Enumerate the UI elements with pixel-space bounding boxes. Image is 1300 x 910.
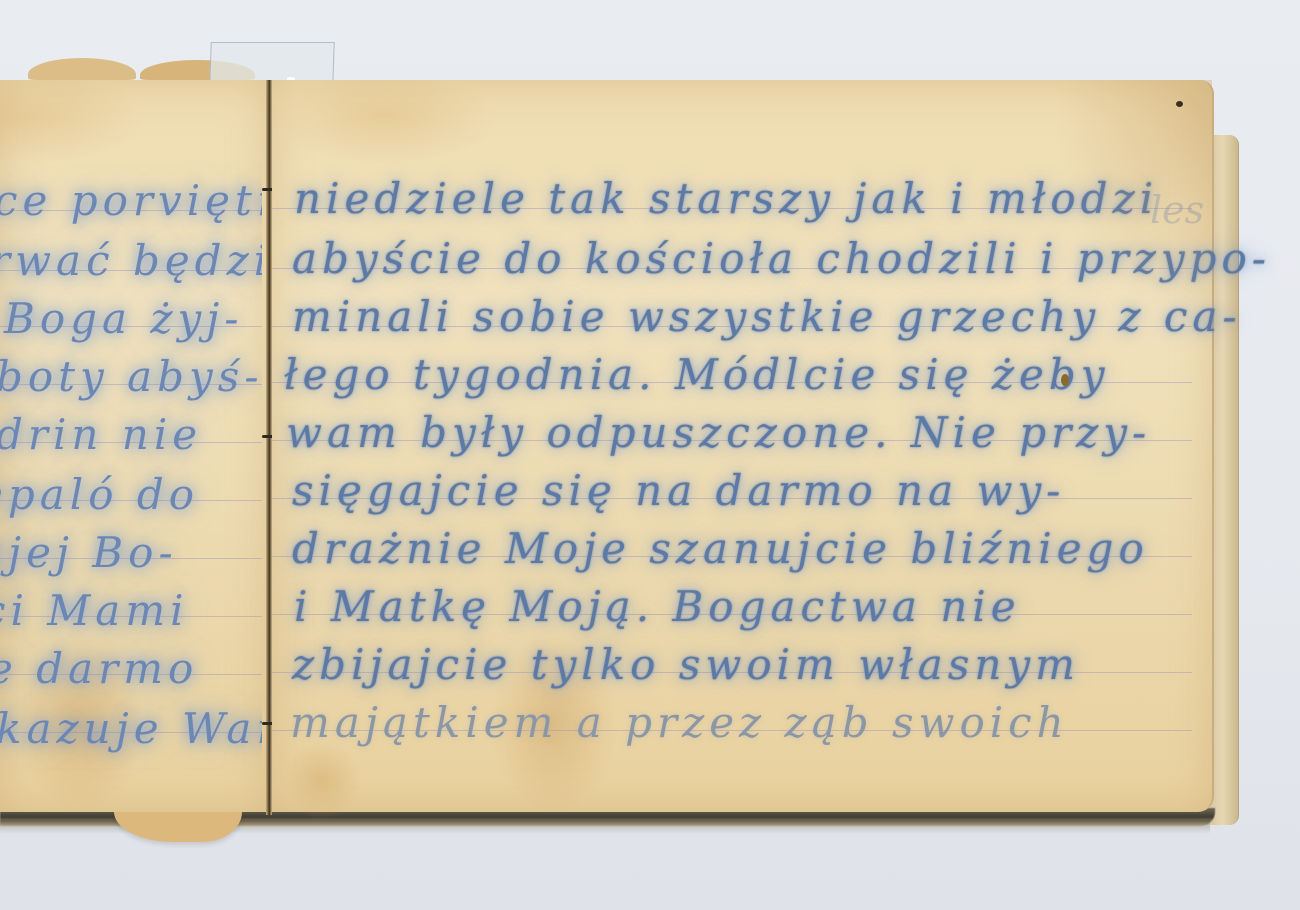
- handwritten-line: zbijajcie tylko swoim własnym: [292, 644, 1080, 686]
- handwritten-line: majątkiem a przez ząb swoich: [290, 702, 1069, 744]
- handwritten-line: ci Mami: [0, 590, 189, 632]
- scanned-notebook-spread: ce porviętra rwać będzie. Boga żyj- boty…: [0, 0, 1300, 910]
- ink-bleed-through: les: [1150, 188, 1204, 232]
- handwritten-line: epaló do: [0, 474, 199, 516]
- handwritten-line: rwać będzie.: [0, 240, 262, 282]
- ink-stain: [1061, 374, 1069, 386]
- handwritten-line: wam były odpuszczone. Nie przy-: [286, 412, 1151, 454]
- handwritten-line: ce porviętra: [0, 180, 262, 222]
- handwritten-line: i Matkę Moją. Bogactwa nie: [294, 586, 1021, 628]
- handwritten-line: boty abyś-: [0, 356, 262, 398]
- handwritten-line: Boga żyj-: [4, 298, 244, 340]
- handwritten-line: sięgajcie się na darmo na wy-: [292, 470, 1065, 512]
- handwritten-line: minali sobie wszystkie grzechy z ca-: [292, 296, 1242, 338]
- left-page-text: ce porviętra rwać będzie. Boga żyj- boty…: [0, 80, 262, 812]
- handwritten-line: niedziele tak starszy jak i młodzi: [294, 178, 1158, 220]
- handwritten-line: drin nie: [0, 414, 202, 456]
- paper-hole: [1176, 101, 1183, 107]
- handwritten-line: ajej Bo-: [0, 532, 178, 574]
- handwritten-line: kazuje Wam: [0, 708, 262, 750]
- handwritten-line: drażnie Moje szanujcie bliźniego: [292, 528, 1149, 570]
- right-page: niedziele tak starszy jak i młodzi abyśc…: [272, 80, 1214, 812]
- torn-paper-scrap: [28, 58, 136, 80]
- handwritten-line: e darmo: [0, 648, 198, 690]
- handwritten-line: łego tygodnia. Módlcie się żeby: [284, 354, 1109, 396]
- handwritten-line: abyście do kościoła chodzili i przypo-: [292, 238, 1271, 280]
- torn-cover-flap: [114, 812, 242, 842]
